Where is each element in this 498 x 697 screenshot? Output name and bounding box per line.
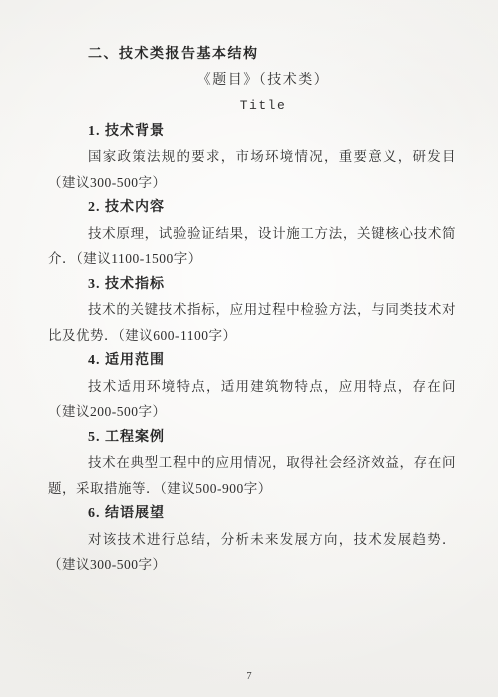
section-body-line: 国家政策法规的要求，市场环境情况，重要意义，研发目的．	[88, 144, 456, 170]
section-body-line: 技术适用环境特点，适用建筑物特点，应用特点，存在问题．	[88, 374, 456, 400]
section-heading: 5. 工程案例	[88, 425, 498, 451]
section-body-line: 比及优势．（建议600-1100字）	[48, 323, 498, 349]
section-body-line: （建议200-500字）	[48, 399, 498, 425]
section-conclusion-outlook: 6. 结语展望 对该技术进行总结，分析未来发展方向，技术发展趋势． （建议300…	[0, 501, 498, 578]
report-title-en: Title	[28, 93, 498, 119]
document-content: 二、技术类报告基本结构 《题目》（技术类） Title 1. 技术背景 国家政策…	[0, 42, 498, 578]
section-tech-indicators: 3. 技术指标 技术的关键技术指标，应用过程中检验方法，与同类技术对 比及优势．…	[0, 272, 498, 349]
section-body-line: 技术在典型工程中的应用情况，取得社会经济效益，存在问	[88, 450, 456, 476]
section-body-line: 技术的关键技术指标，应用过程中检验方法，与同类技术对	[88, 297, 456, 323]
section-tech-background: 1. 技术背景 国家政策法规的要求，市场环境情况，重要意义，研发目的． （建议3…	[0, 119, 498, 196]
document-heading: 二、技术类报告基本结构	[88, 42, 498, 68]
section-heading: 3. 技术指标	[88, 272, 498, 298]
section-heading: 6. 结语展望	[88, 501, 498, 527]
section-heading: 1. 技术背景	[88, 119, 498, 145]
section-body-line: 题，采取措施等．（建议500-900字）	[48, 476, 498, 502]
section-applicable-scope: 4. 适用范围 技术适用环境特点，适用建筑物特点，应用特点，存在问题． （建议2…	[0, 348, 498, 425]
page-number: 7	[0, 669, 498, 685]
section-body-line: （建议300-500字）	[48, 170, 498, 196]
section-heading: 2. 技术内容	[88, 195, 498, 221]
section-body-line: 介．（建议1100-1500字）	[48, 246, 498, 272]
section-body-line: （建议300-500字）	[48, 552, 498, 578]
section-body-line: 对该技术进行总结，分析未来发展方向，技术发展趋势．	[88, 527, 456, 553]
report-title-cn: 《题目》（技术类）	[28, 68, 498, 94]
section-engineering-cases: 5. 工程案例 技术在典型工程中的应用情况，取得社会经济效益，存在问 题，采取措…	[0, 425, 498, 502]
section-tech-content: 2. 技术内容 技术原理，试验验证结果，设计施工方法，关键核心技术简 介．（建议…	[0, 195, 498, 272]
section-body-line: 技术原理，试验验证结果，设计施工方法，关键核心技术简	[88, 221, 456, 247]
document-page: 二、技术类报告基本结构 《题目》（技术类） Title 1. 技术背景 国家政策…	[0, 0, 498, 697]
section-heading: 4. 适用范围	[88, 348, 498, 374]
